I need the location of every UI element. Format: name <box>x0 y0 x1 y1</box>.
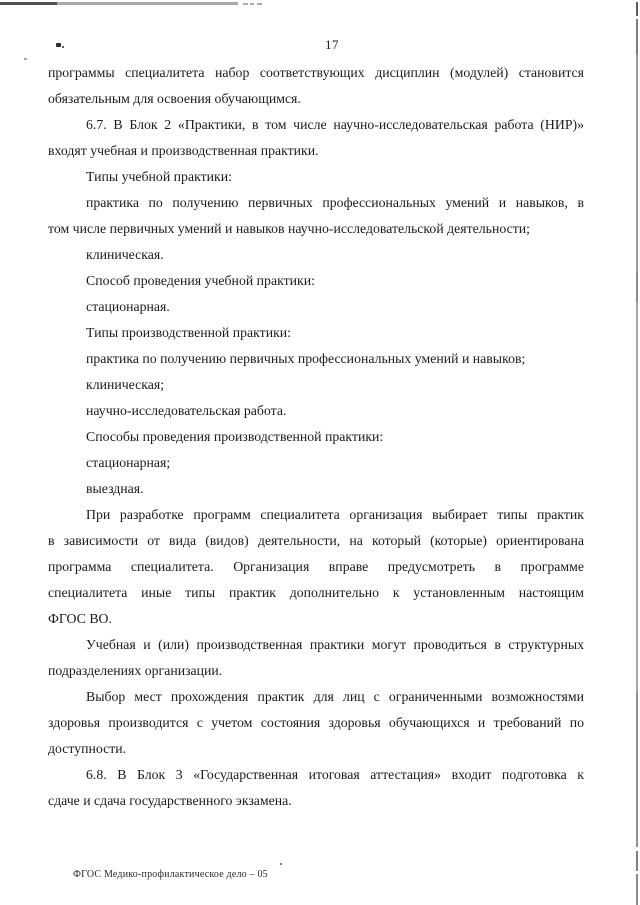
text-line: сдаче и сдача государственного экзамена. <box>48 788 584 814</box>
scan-artifact-top-dash <box>243 3 248 5</box>
text-line: При разработке программ специалитета орг… <box>48 502 584 528</box>
scan-artifact-right-edge-line <box>636 2 638 905</box>
text-line: программа специалитета. Организация впра… <box>48 554 584 580</box>
text-line: программы специалитета набор соответству… <box>48 60 584 86</box>
scan-artifact-ink-speck <box>24 58 27 60</box>
document-body: программы специалитета набор соответству… <box>48 60 584 814</box>
scan-artifact-top-rule-dark <box>0 2 57 5</box>
text-line: Типы учебной практики: <box>48 164 584 190</box>
text-line: выездная. <box>48 476 584 502</box>
text-line: Способы проведения производственной прак… <box>48 424 584 450</box>
text-line: научно-исследовательская работа. <box>48 398 584 424</box>
text-line: обязательным для освоения обучающимся. <box>48 86 584 112</box>
text-line: Типы производственной практики: <box>48 320 584 346</box>
text-line: стационарная. <box>48 294 584 320</box>
text-line: стационарная; <box>48 450 584 476</box>
text-line: 6.7. В Блок 2 «Практики, в том числе нау… <box>48 112 584 138</box>
text-line: в зависимости от вида (видов) деятельнос… <box>48 528 584 554</box>
text-line: здоровья производится с учетом состояния… <box>48 710 584 736</box>
footer-label: ФГОС Медико-профилактическое дело – 05 <box>73 869 268 881</box>
text-line: подразделениях организации. <box>48 658 584 684</box>
text-line: Способ проведения учебной практики: <box>48 268 584 294</box>
text-line: входят учебная и производственная практи… <box>48 138 584 164</box>
text-line: Учебная и (или) производственная практик… <box>48 632 584 658</box>
text-line: практика по получению первичных професси… <box>48 190 584 216</box>
scan-artifact-top-dash <box>250 3 254 5</box>
text-line: специалитета иные типы практик дополните… <box>48 580 584 606</box>
scanned-document-page: 17 программы специалитета набор соответс… <box>0 0 640 905</box>
text-line: ФГОС ВО. <box>48 606 584 632</box>
text-line: 6.8. В Блок 3 «Государственная итоговая … <box>48 762 584 788</box>
scan-artifact-top-rule-light <box>57 2 238 5</box>
text-line: доступности. <box>48 736 584 762</box>
text-line: клиническая. <box>48 242 584 268</box>
page-number: 17 <box>48 38 616 52</box>
text-line: Выбор мест прохождения практик для лиц с… <box>48 684 584 710</box>
text-line: практика по получению первичных професси… <box>48 346 584 372</box>
text-line: клиническая; <box>48 372 584 398</box>
text-line: том числе первичных умений и навыков нау… <box>48 216 584 242</box>
scan-artifact-ink-speck <box>280 863 282 865</box>
scan-artifact-top-dash <box>257 3 262 5</box>
